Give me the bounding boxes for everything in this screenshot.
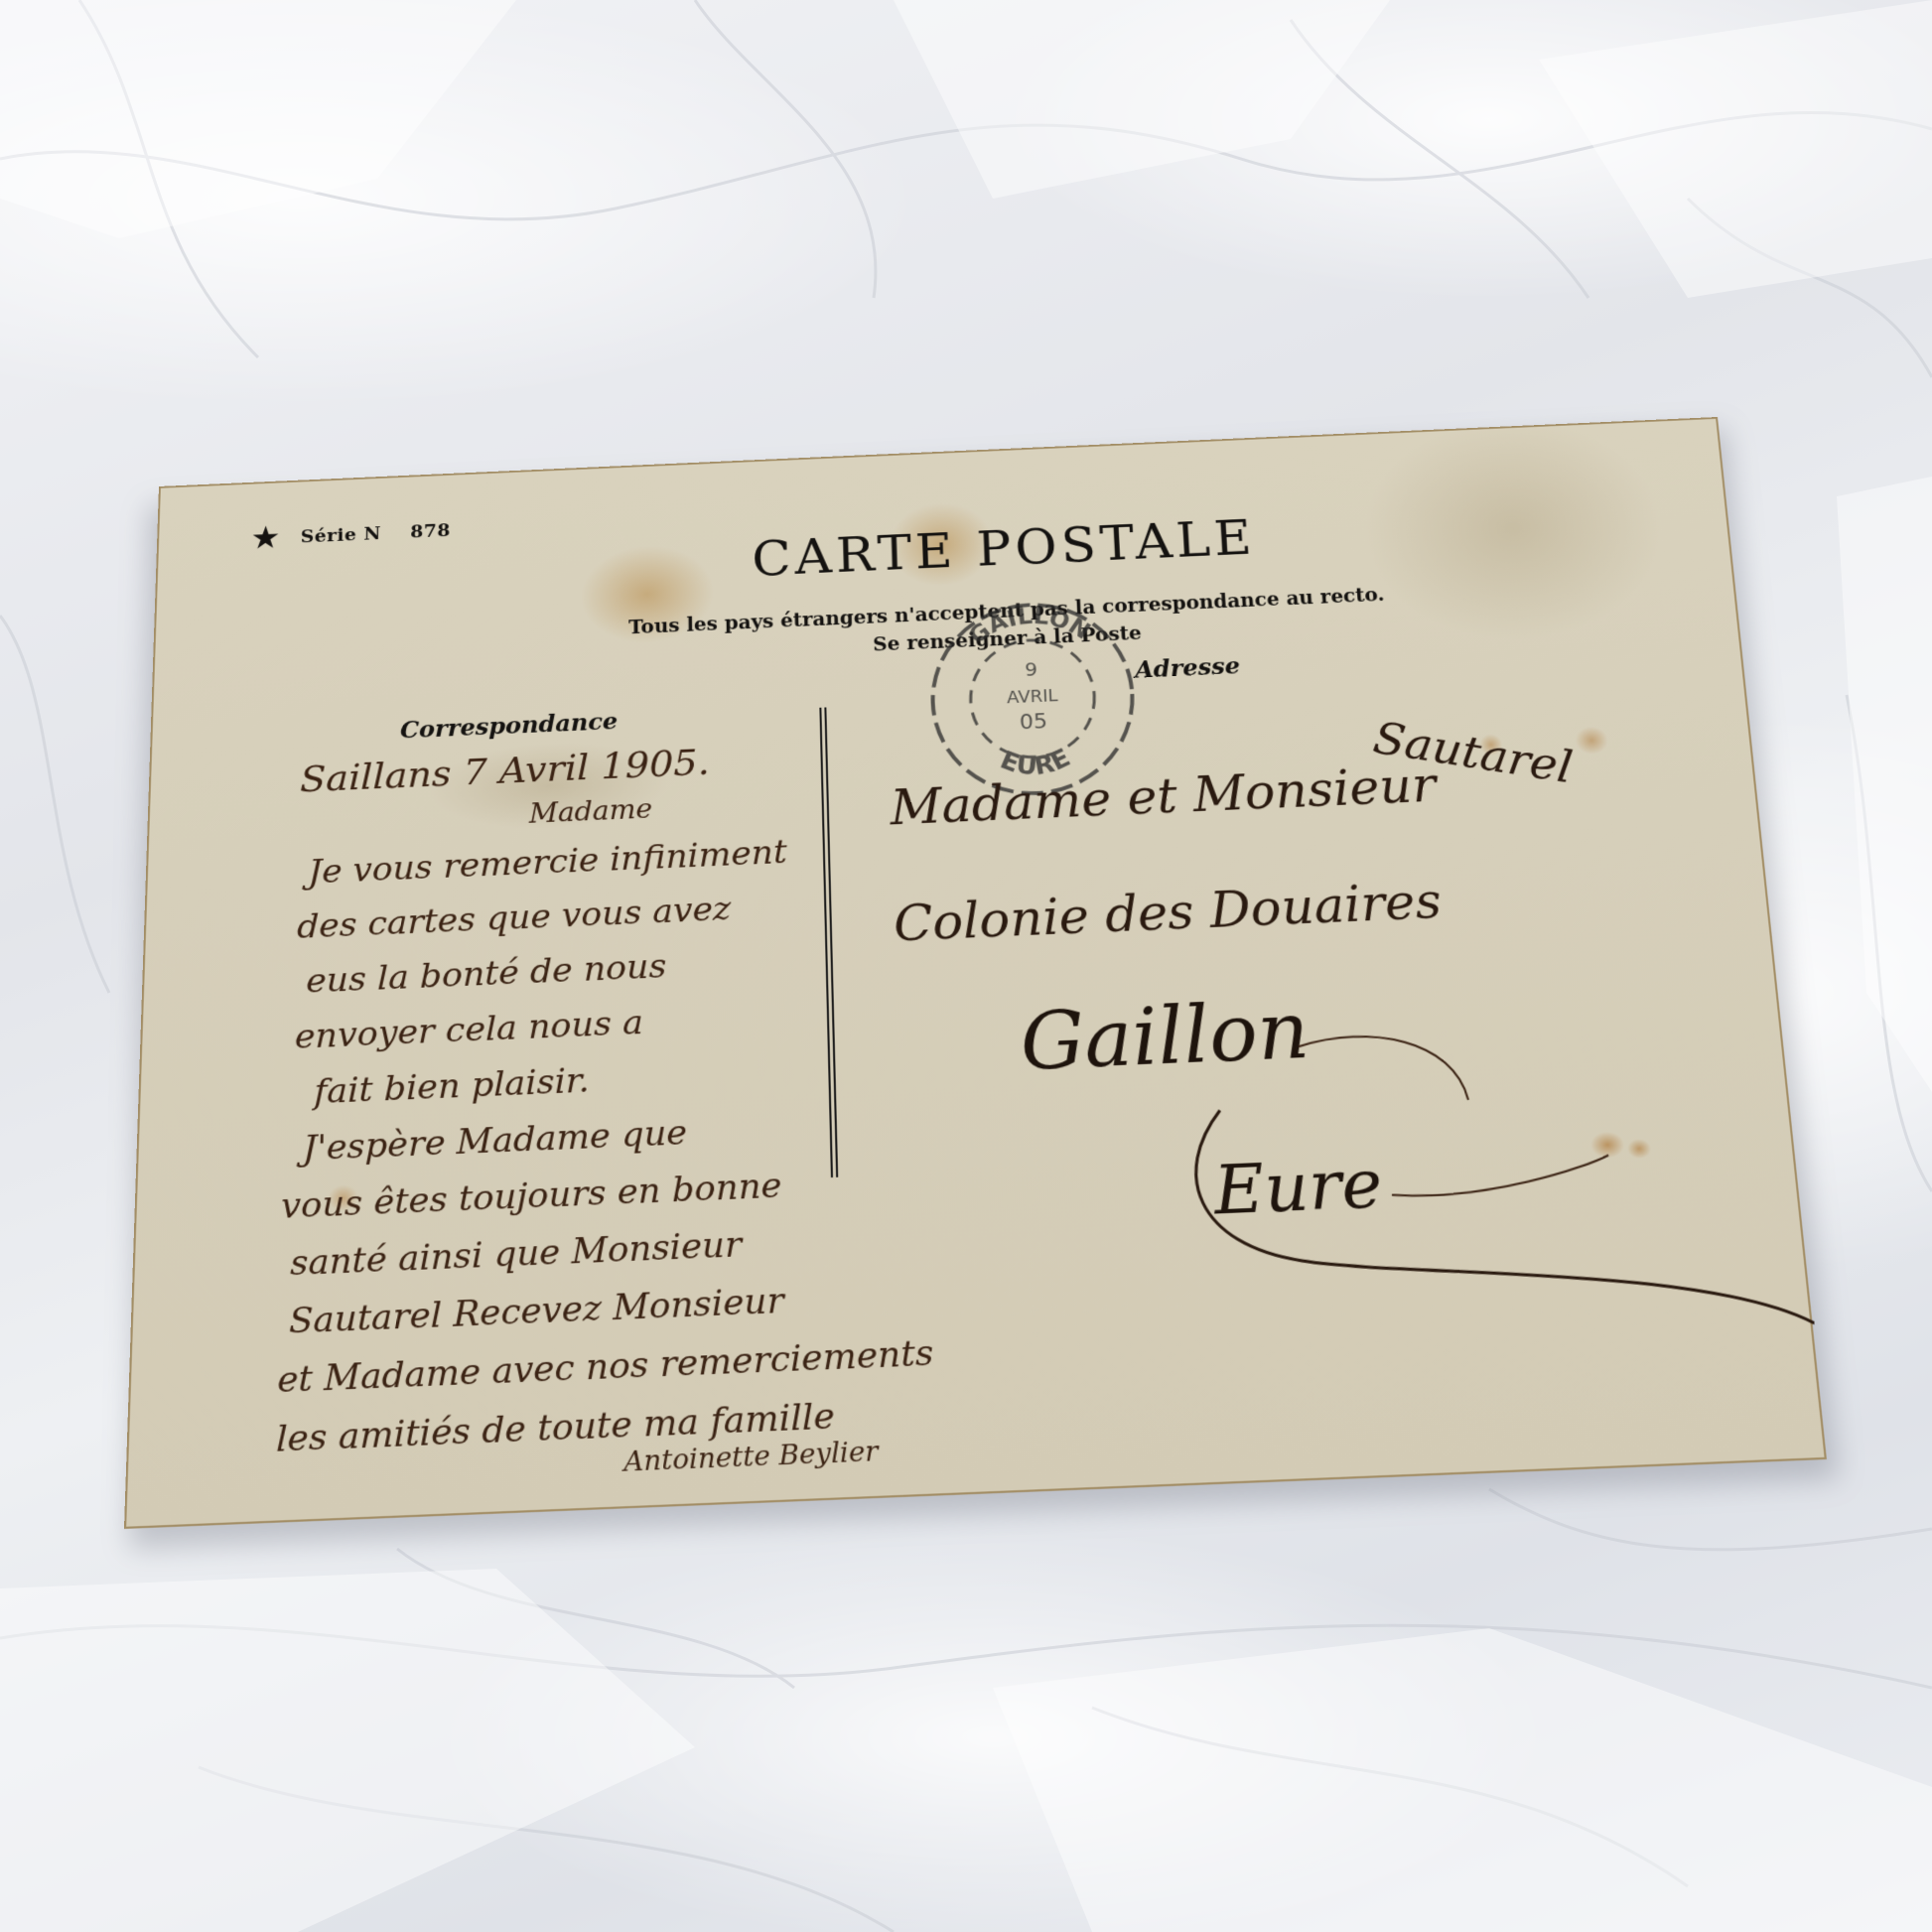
correspondence-label: Correspondance [400, 707, 618, 744]
postmark-day: 9 [1025, 659, 1038, 681]
postmark-year: 05 [1019, 709, 1047, 735]
address-label: Adresse [1134, 651, 1240, 683]
message-line: Sautarel Recevez Monsieur [289, 1281, 784, 1343]
message-line: fait bien plaisir. [314, 1060, 590, 1112]
address-city: Gaillon [1019, 987, 1311, 1089]
message-line: eus la bonté de nous [306, 947, 667, 1002]
message-salutation: Madame [529, 792, 652, 829]
star-icon: ★ [252, 524, 280, 553]
postcard-back: ★ Série N 878 CARTE POSTALE Tous les pay… [124, 417, 1827, 1529]
address-institution: Colonie des Douaires [893, 873, 1443, 953]
message-line: vous êtes toujours en bonne [281, 1166, 782, 1227]
message-line: J'espère Madame que [303, 1113, 688, 1170]
message-line: santé ainsi que Monsieur [290, 1224, 743, 1284]
message-line: envoyer cela nous a [295, 1003, 643, 1057]
postmark-month: AVRIL [1007, 686, 1059, 708]
message-line: Je vous remercie infiniment [308, 833, 787, 893]
address-department: Eure [1212, 1145, 1385, 1230]
message-line: et Madame avec nos remerciements [277, 1332, 934, 1402]
photo-scene: ★ Série N 878 CARTE POSTALE Tous les pay… [0, 0, 1932, 1932]
postmark-town: GAILLON [963, 601, 1096, 650]
message-line: des cartes que vous avez [297, 890, 732, 947]
series-value: 878 [410, 520, 451, 542]
message-place-date: Saillans 7 Avril 1905. [300, 741, 710, 800]
svg-text:GAILLON: GAILLON [963, 601, 1096, 650]
divider-line [819, 707, 838, 1177]
series-label: Série N [301, 523, 381, 547]
